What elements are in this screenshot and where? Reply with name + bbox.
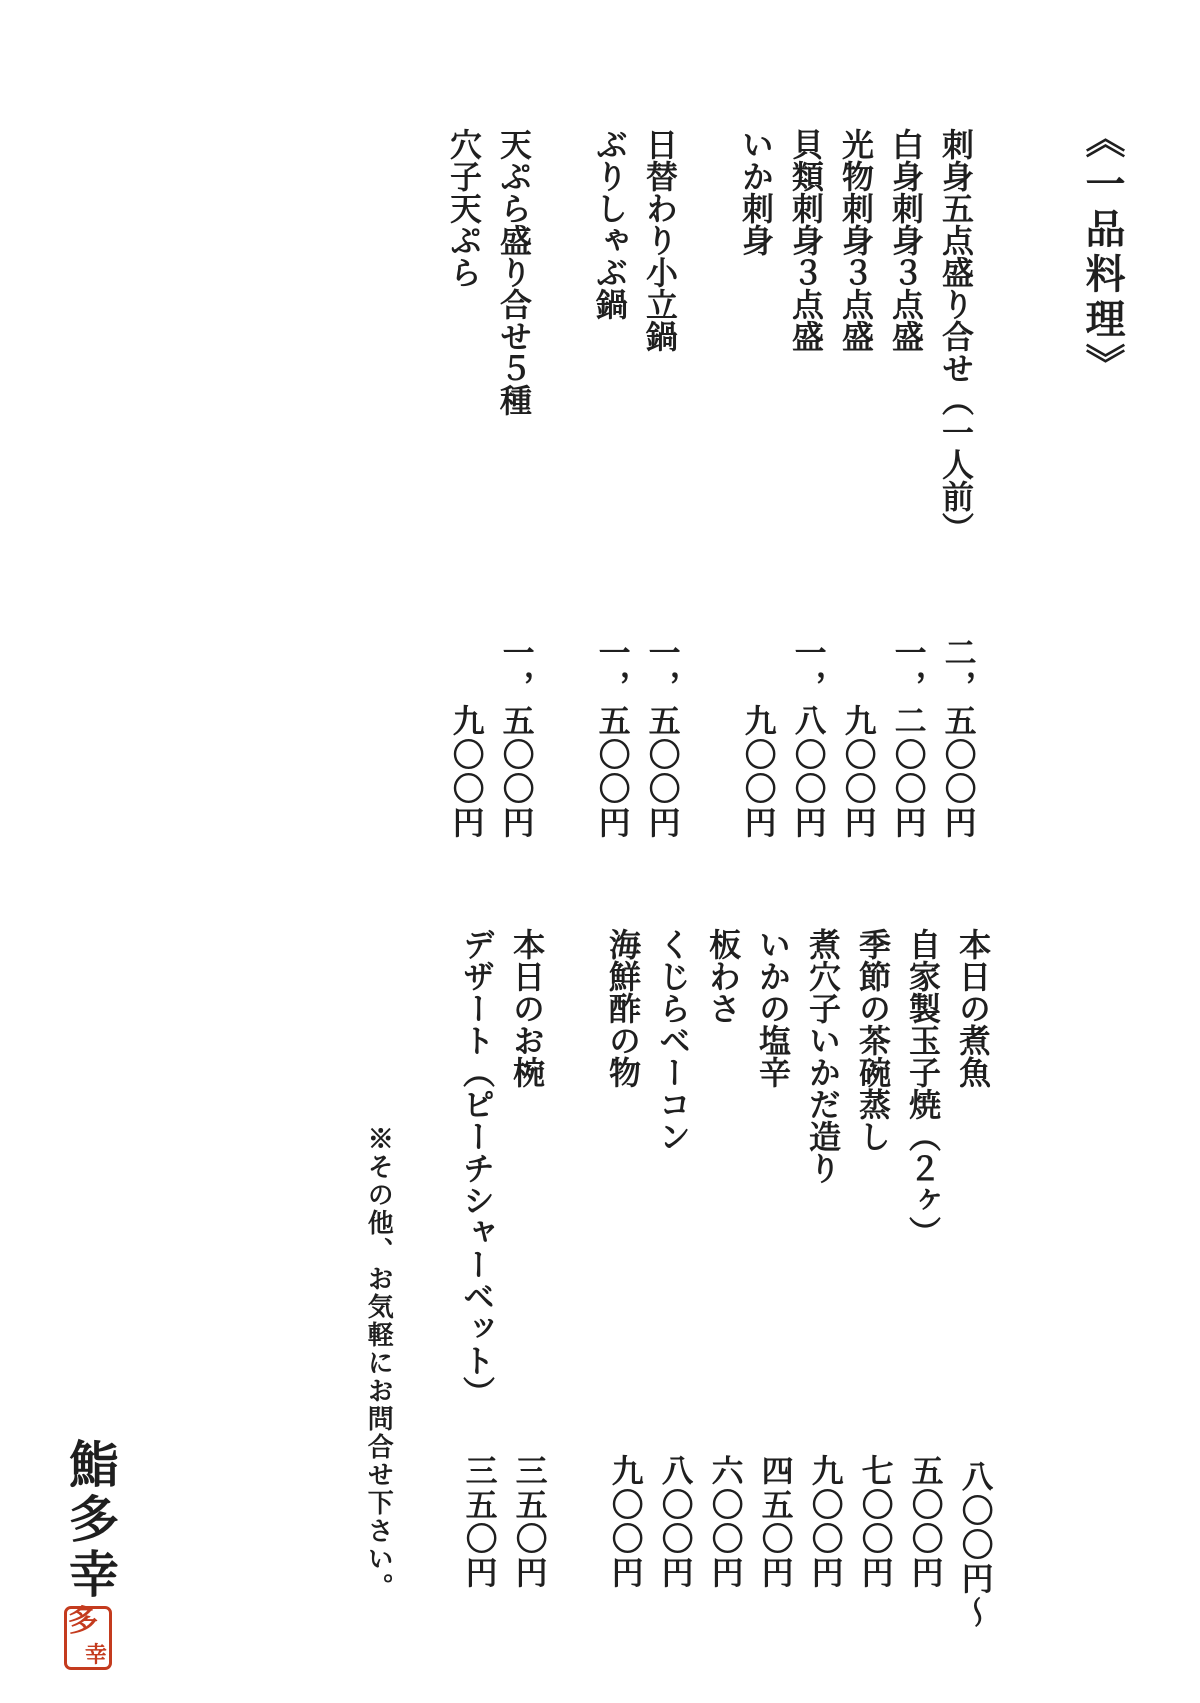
item-price: 一，五〇〇円 [644, 636, 679, 840]
note-text: ※その他、お気軽にお問合せ下さい。 [362, 1125, 393, 1601]
menu-item: 本日のお椀三五〇円 [504, 928, 554, 1590]
menu-item: 刺身五点盛り合せ（一人前）二，五〇〇円 [933, 128, 983, 840]
item-price: 一，八〇〇円 [790, 636, 825, 840]
menu-section-lower: 本日の煮魚八〇〇円〜自家製玉子焼（２ヶ）五〇〇円季節の茶碗蒸し七〇〇円煮穴子いか… [454, 928, 1000, 1590]
menu-item: いかの塩辛四五〇円 [750, 928, 800, 1590]
item-price: 九〇〇円 [840, 704, 875, 840]
item-price: 四五〇円 [757, 1454, 792, 1590]
menu-item: 自家製玉子焼（２ヶ）五〇〇円 [900, 928, 950, 1590]
seal-char-top: 多 [68, 1607, 98, 1637]
page-title: 《一品料理》 [1078, 118, 1126, 388]
item-price: 九〇〇円 [448, 704, 483, 840]
item-price: 七〇〇円 [857, 1454, 892, 1590]
menu-item: 白身刺身３点盛一，二〇〇円 [883, 128, 933, 840]
menu-item: 貝類刺身３点盛一，八〇〇円 [783, 128, 833, 840]
menu-item: いか刺身九〇〇円 [733, 128, 783, 840]
item-price: 一，五〇〇円 [498, 636, 533, 840]
menu-item: 日替わり小立鍋一，五〇〇円 [637, 128, 687, 840]
menu-item: 季節の茶碗蒸し七〇〇円 [850, 928, 900, 1590]
menu-item: 煮穴子いかだ造り九〇〇円 [800, 928, 850, 1590]
menu-item: 板わさ六〇〇円 [700, 928, 750, 1590]
menu-item: 天ぷら盛り合せ５種一，五〇〇円 [491, 128, 541, 840]
item-price: 六〇〇円 [707, 1454, 742, 1590]
menu-item: 穴子天ぷら九〇〇円 [441, 128, 491, 840]
menu-item: デザート（ピーチシャーベット）三五〇円 [454, 928, 504, 1590]
item-price: 三五〇円 [461, 1454, 496, 1590]
menu-item: 本日の煮魚八〇〇円〜 [950, 928, 1000, 1590]
menu-item: 光物刺身３点盛九〇〇円 [833, 128, 883, 840]
menu-item: くじらベーコン八〇〇円 [650, 928, 700, 1590]
item-price: 五〇〇円 [907, 1454, 942, 1590]
item-price: 二，五〇〇円 [940, 636, 975, 840]
item-price: 九〇〇円 [607, 1454, 642, 1590]
menu-section-upper: 刺身五点盛り合せ（一人前）二，五〇〇円白身刺身３点盛一，二〇〇円光物刺身３点盛九… [441, 128, 983, 840]
item-price: 八〇〇円〜 [957, 1460, 992, 1630]
item-price: 三五〇円 [511, 1454, 546, 1590]
shop-seal-stamp-icon: 多 幸 [64, 1606, 112, 1670]
item-price: 一，二〇〇円 [890, 636, 925, 840]
seal-char-bottom: 幸 [85, 1644, 107, 1666]
shop-name: 鮨多幸 [60, 1438, 120, 1603]
menu-item: 海鮮酢の物九〇〇円 [600, 928, 650, 1590]
item-price: 一，五〇〇円 [594, 636, 629, 840]
item-price: 九〇〇円 [807, 1454, 842, 1590]
item-price: 八〇〇円 [657, 1454, 692, 1590]
item-price: 九〇〇円 [740, 704, 775, 840]
menu-item: ぶりしゃぶ鍋一，五〇〇円 [587, 128, 637, 840]
menu-page: 《一品料理》 刺身五点盛り合せ（一人前）二，五〇〇円白身刺身３点盛一，二〇〇円光… [0, 0, 1200, 1703]
